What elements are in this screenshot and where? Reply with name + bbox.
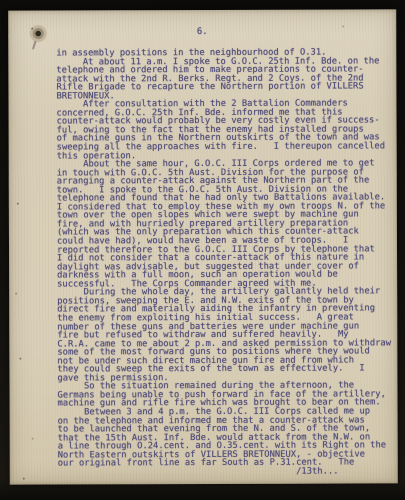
paper-speck	[23, 478, 25, 480]
page-number: 6.	[8, 26, 396, 37]
photographed-document: 6. in assembly positions in the neighbou…	[0, 0, 405, 500]
paper-speck	[32, 438, 34, 440]
paper-speck	[15, 293, 17, 295]
ink-scratch-mark	[32, 41, 36, 50]
paper-sheet: 6. in assembly positions in the neighbou…	[8, 9, 398, 484]
paper-speck	[17, 203, 19, 205]
paper-speck	[19, 358, 21, 360]
typewritten-body-text: in assembly positions in the neighbourho…	[56, 48, 391, 477]
